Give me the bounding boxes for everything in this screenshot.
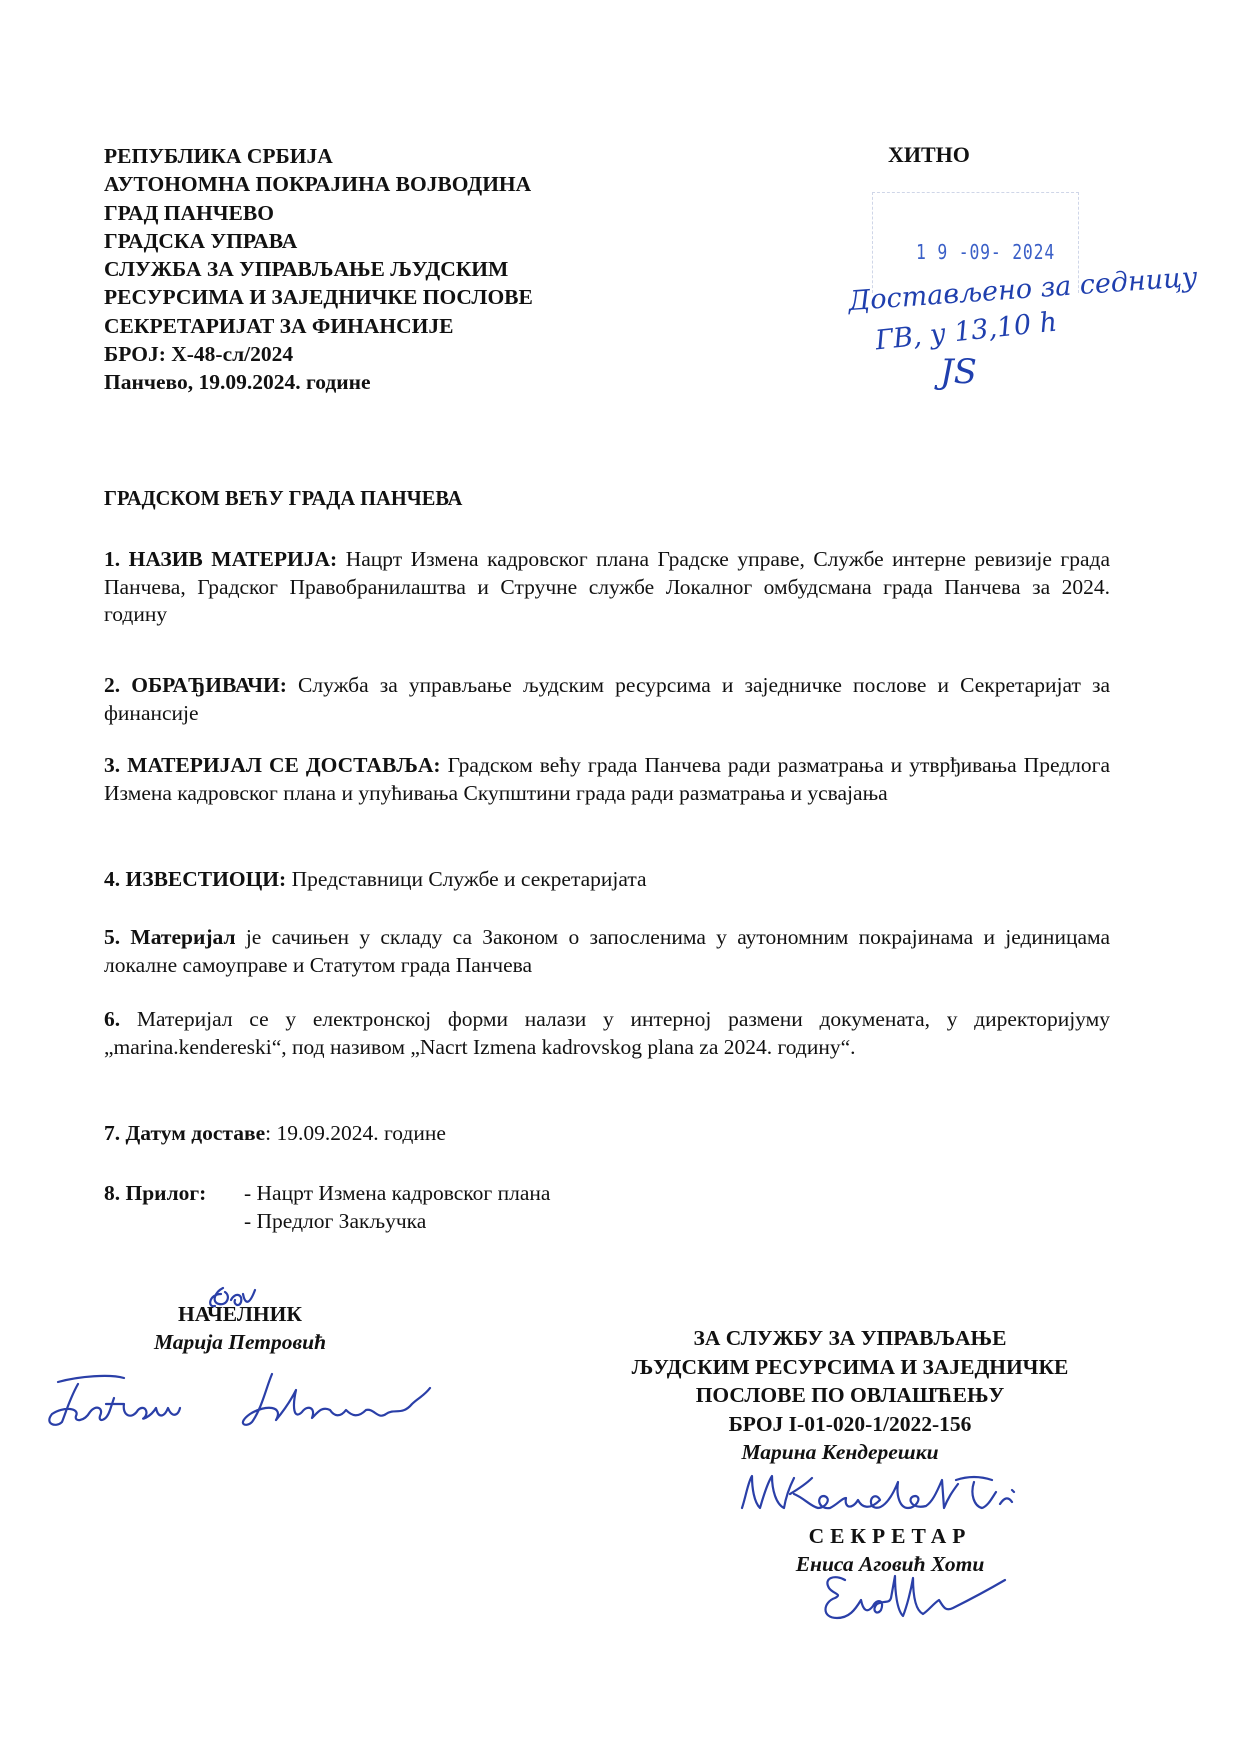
attachments-list: - Нацрт Измена кадровског плана - Предло… (244, 1180, 550, 1235)
document-number: БРОЈ: X-48-сл/2024 (104, 340, 533, 368)
secretary-signature-icon (815, 1570, 1015, 1630)
section-delivery: 3. МАТЕРИЈАЛ СЕ ДОСТАВЉА: Градском већу … (104, 752, 1110, 807)
chief-name: Марија Петровић (150, 1328, 330, 1356)
authority-number: БРОЈ I-01-020-1/2022-156 (590, 1410, 1110, 1439)
handwritten-signatures-icon (40, 1368, 460, 1438)
section-label: 6. (104, 1007, 120, 1031)
header-line: СЛУЖБА ЗА УПРАВЉАЊЕ ЉУДСКИМ (104, 255, 533, 283)
chief-signature-block: НАЧЕЛНИК Марија Петровић (150, 1300, 330, 1356)
header-line: РЕПУБЛИКА СРБИЈА (104, 142, 533, 170)
section-label: 1. НАЗИВ МАТЕРИЈА: (104, 547, 337, 571)
section-text: је сачињен у складу са Законом о запосле… (104, 925, 1110, 977)
chief-title: НАЧЕЛНИК (150, 1300, 330, 1328)
section-label: 3. МАТЕРИЈАЛ СЕ ДОСТАВЉА: (104, 753, 441, 777)
header-line: АУТОНОМНА ПОКРАЈИНА ВОЈВОДИНА (104, 170, 533, 198)
section-processors: 2. ОБРАЂИВАЧИ: Служба за управљање људск… (104, 672, 1110, 727)
stamp-date: 1 9 -09- 2024 (916, 240, 1055, 264)
section-legal-basis: 5. Материјал је сачињен у складу са Зако… (104, 924, 1110, 979)
kendereski-signature-icon (730, 1468, 1060, 1518)
section-text: : 19.09.2024. године (265, 1121, 446, 1145)
attachment-item: - Предлог Закључка (244, 1208, 550, 1236)
signatory-name: Марина Кендерешки (570, 1438, 1110, 1467)
section-reporters: 4. ИЗВЕСТИОЦИ: Представници Службе и сек… (104, 866, 1110, 894)
attachment-item: - Нацрт Измена кадровског плана (244, 1180, 550, 1208)
section-attachments: 8. Прилог: - Нацрт Измена кадровског пла… (104, 1180, 1110, 1235)
header-line: СЕКРЕТАРИЈАТ ЗА ФИНАНСИЈЕ (104, 312, 533, 340)
urgent-label: ХИТНО (888, 142, 970, 168)
handwritten-time: ГВ, у 13,10 h (874, 307, 1059, 357)
section-label: 2. ОБРАЂИВАЧИ: (104, 673, 287, 697)
section-label: 4. ИЗВЕСТИОЦИ: (104, 867, 286, 891)
section-text: Материјал се у електронској форми налази… (104, 1007, 1110, 1059)
section-text: Представници Службе и секретаријата (286, 867, 646, 891)
issuer-header: РЕПУБЛИКА СРБИЈА АУТОНОМНА ПОКРАЈИНА ВОЈ… (104, 142, 533, 397)
service-signature-block: ЗА СЛУЖБУ ЗА УПРАВЉАЊЕ ЉУДСКИМ РЕСУРСИМА… (590, 1324, 1110, 1467)
section-electronic-location: 6. Материјал се у електронској форми нал… (104, 1006, 1110, 1061)
section-label: 5. Материјал (104, 925, 236, 949)
handwritten-initials: JS (940, 352, 977, 392)
header-line: ГРАДСКА УПРАВА (104, 227, 533, 255)
authority-line: ПОСЛОВЕ ПО ОВЛАШЋЕЊУ (590, 1381, 1110, 1410)
addressee: ГРАДСКОМ ВЕЋУ ГРАДА ПАНЧЕВА (104, 486, 462, 511)
section-label: 7. Датум доставе (104, 1121, 265, 1145)
authority-line: ЗА СЛУЖБУ ЗА УПРАВЉАЊЕ (590, 1324, 1110, 1353)
section-delivery-date: 7. Датум доставе: 19.09.2024. године (104, 1120, 1110, 1148)
header-line: РЕСУРСИМА И ЗАЈЕДНИЧКЕ ПОСЛОВЕ (104, 283, 533, 311)
authority-line: ЉУДСКИМ РЕСУРСИМА И ЗАЈЕДНИЧКЕ (590, 1353, 1110, 1382)
secretary-title: СЕКРЕТАР (740, 1522, 1040, 1550)
attachments-label: 8. Прилог: (104, 1180, 244, 1208)
document-date: Панчево, 19.09.2024. године (104, 368, 533, 396)
header-line: ГРАД ПАНЧЕВО (104, 199, 533, 227)
section-material-name: 1. НАЗИВ МАТЕРИЈА: Нацрт Измена кадровск… (104, 546, 1110, 629)
